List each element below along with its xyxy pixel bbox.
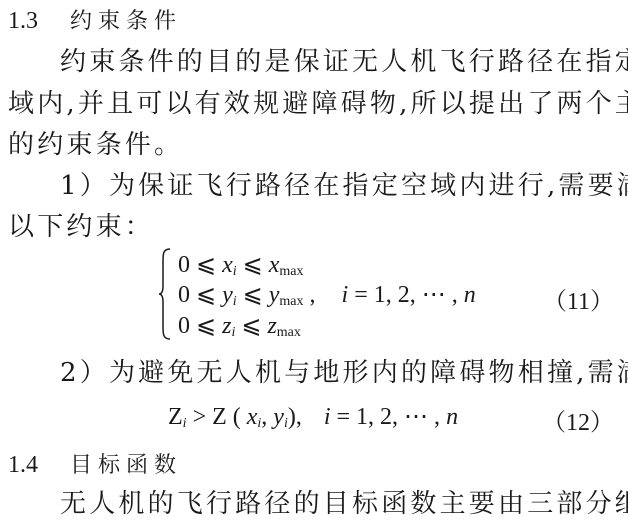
section-number: 1.4 [8, 450, 70, 480]
paragraph-line: 的约束条件。 [8, 130, 183, 160]
paragraph-line: 约束条件的目的是保证无人机飞行路径在指定空 [60, 47, 628, 77]
list-item-2-line: 2）为避免无人机与地形内的障碍物相撞,需满足： [60, 358, 628, 388]
section-title: 目标函数 [70, 453, 182, 478]
section-heading-1-3: 1.3约束条件 [8, 6, 182, 37]
obstacle-constraint: Zi > Z ( xi, yi),i = 1, 2, ⋯ , n [168, 402, 458, 432]
section-title: 约束条件 [70, 9, 182, 34]
list-item-1-line: 以下约束： [8, 212, 154, 242]
left-brace-icon [158, 248, 172, 340]
constraint-row-z: 0 ⩽ zi ⩽ zmax [178, 311, 301, 341]
section-heading-1-4: 1.4目标函数 [8, 450, 182, 481]
equation-number: （12） [542, 402, 614, 437]
equation-number: （11） [543, 281, 614, 316]
section-number: 1.3 [8, 6, 70, 36]
constraint-row-y: 0 ⩽ yi ⩽ ymax ,i = 1, 2, ⋯ , n [178, 280, 476, 310]
list-item-1-line: 1）为保证飞行路径在指定空域内进行,需要满足 [60, 171, 628, 201]
paragraph-line: 无人机的飞行路径的目标函数主要由三部分组成, [60, 489, 628, 519]
constraint-row-x: 0 ⩽ xi ⩽ xmax [178, 250, 304, 280]
paragraph-line: 域内,并且可以有效规避障碍物,所以提出了两个主要 [8, 89, 628, 119]
